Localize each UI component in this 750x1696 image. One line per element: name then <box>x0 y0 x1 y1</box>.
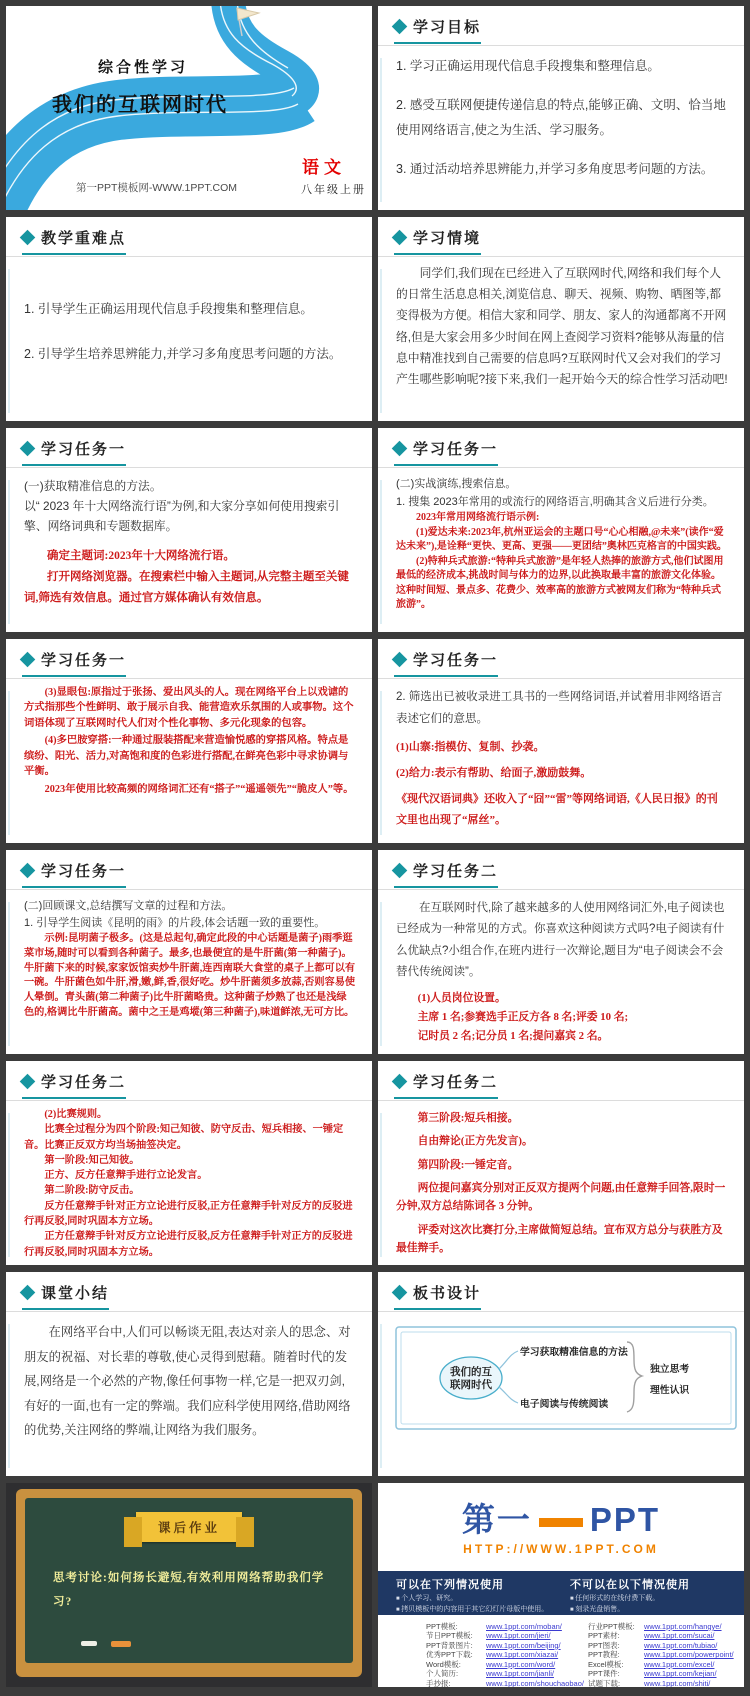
paragraph: 1. 学习正确运用现代信息手段搜集和整理信息。 <box>396 54 728 80</box>
slide-header: 教学重难点 <box>6 217 372 255</box>
link-url[interactable]: www.1ppt.com/shiti/ <box>644 1679 710 1687</box>
slide-cover: 综合性学习 我们的互联网时代 语文 八年级上册 第一PPT模板网-WWW.1PP… <box>6 6 372 210</box>
link-label: Excel模板: <box>588 1660 644 1669</box>
paragraph: 2. 筛选出已被收录进工具书的一些网络词语,并试着用非网络语言表述它们的意思。 <box>396 687 728 731</box>
paragraph: (二)回顾课文,总结撰写文章的过程和方法。 <box>24 898 356 915</box>
allowed-item: 拷贝模板中的内容用于其它幻灯片母版中使用。 <box>396 1605 560 1616</box>
paragraph: 1. 引导学生阅读《昆明的雨》的片段,体会话题一致的重要性。 <box>24 915 356 932</box>
answer-paragraph: (2)特种兵式旅游:“特种兵式旅游”是年轻人热捧的旅游方式,他们试图用最低的经济… <box>396 555 728 613</box>
result-label: 独立思考 <box>649 1362 689 1375</box>
blackboard: 课后作业 思考讨论:如何扬长避短,有效利用网络帮助我们学习? <box>25 1498 353 1663</box>
slide-header-title: 教学重难点 <box>41 227 126 248</box>
link-label: 试题下载: <box>588 1679 644 1687</box>
diamond-icon <box>392 1074 408 1090</box>
usage-terms-band: 可以在下列情况使用 个人学习、研究。 拷贝模板中的内容用于其它幻灯片母版中使用。… <box>378 1571 744 1615</box>
chalk-icon <box>111 1641 131 1647</box>
paragraph: 1. 搜集 2023年常用的或流行的网络语言,明确其含义后进行分类。 <box>396 494 728 512</box>
branch-label: 学习获取精准信息的方法 <box>520 1345 628 1358</box>
slide-learning-context: 学习情境 同学们,我们现在已经进入了互联网时代,网络和我们每个人的日常生活息息相… <box>378 217 744 421</box>
answer-paragraph: 主席 1 名;参赛选手正反方各 8 名;评委 10 名; <box>396 1008 728 1027</box>
result-label: 理性认识 <box>650 1383 689 1396</box>
diamond-icon <box>20 1285 36 1301</box>
slide-header-title: 课堂小结 <box>41 1282 109 1303</box>
answer-paragraph: 第二阶段:防守反击。 <box>24 1183 356 1198</box>
slide-header: 学习任务二 <box>378 1061 744 1099</box>
slide-header-title: 学习任务一 <box>413 438 498 459</box>
diamond-icon <box>20 652 36 668</box>
paragraph: 2. 引导学生培养思辨能力,并学习多角度思考问题的方法。 <box>24 342 356 367</box>
slide-task2-debate-setup: 学习任务二 在互联网时代,除了越来越多的人使用网络词汇外,电子阅读也已经成为一种… <box>378 850 744 1054</box>
answer-paragraph: 2023年常用网络流行语示例: <box>396 511 728 526</box>
slide-class-summary: 课堂小结 在网络平台中,人们可以畅谈无阻,表达对亲人的思念、对朋友的祝福、对长辈… <box>6 1272 372 1476</box>
allowed-uses: 可以在下列情况使用 个人学习、研究。 拷贝模板中的内容用于其它幻灯片母版中使用。 <box>396 1576 570 1615</box>
paragraph: 在互联网时代,除了越来越多的人使用网络词汇外,电子阅读也已经成为一种常见的方式。… <box>396 898 728 983</box>
diamond-icon <box>20 863 36 879</box>
slide-header-title: 学习情境 <box>413 227 481 248</box>
link-label: 个人简历: <box>426 1669 486 1678</box>
cover-grade: 八年级上册 <box>301 181 366 197</box>
allowed-item: 个人学习、研究。 <box>396 1594 560 1605</box>
answer-paragraph: (4)多巴胺穿搭:一种通过服装搭配来营造愉悦感的穿搭风格。特点是缤纷、阳光、活力… <box>24 733 356 779</box>
answer-paragraph: 打开网络浏览器。在搜索栏中输入主题词,从完整主题至关键词,筛选有效信息。通过官方… <box>24 567 356 608</box>
slide-header-title: 学习任务二 <box>413 860 498 881</box>
brand-url[interactable]: HTTP://WWW.1PPT.COM <box>378 1542 744 1556</box>
slide-header: 课堂小结 <box>6 1272 372 1310</box>
link-label: Word模板: <box>426 1660 486 1669</box>
slide-header-title: 学习任务二 <box>413 1071 498 1092</box>
slide-board-design: 板书设计 我们的互 联网时代 学习获取精准信息的方法 电子阅读与传统阅读 独立思… <box>378 1272 744 1476</box>
slide-header: 学习任务一 <box>378 428 744 466</box>
slide-header-title: 学习任务二 <box>41 1071 126 1092</box>
site-links: PPT模板:www.1ppt.com/moban/ 节日PPT模板:www.1p… <box>378 1619 744 1687</box>
diamond-icon <box>392 19 408 35</box>
slide-header-title: 学习目标 <box>413 16 481 37</box>
answer-paragraph: 记时员 2 名;记分员 1 名;提问嘉宾 2 名。 <box>396 1027 728 1046</box>
link-url[interactable]: www.1ppt.com/jianli/ <box>486 1669 554 1678</box>
answer-paragraph: (2)比赛规则。 <box>24 1107 356 1122</box>
answer-paragraph: 反方任意辩手针对正方立论进行反驳,正方任意辩手针对反方的反驳进行再反驳,同时巩固… <box>24 1199 356 1230</box>
homework-banner: 课后作业 <box>136 1512 242 1542</box>
diamond-icon <box>20 230 36 246</box>
slide-homework: 课后作业 思考讨论:如何扬长避短,有效利用网络帮助我们学习? <box>6 1483 372 1687</box>
slide-header: 学习任务一 <box>6 428 372 466</box>
paragraph: 1. 引导学生正确运用现代信息手段搜集和整理信息。 <box>24 297 356 322</box>
link-label: PPT教程: <box>588 1650 644 1659</box>
slide-header-title: 学习任务一 <box>41 438 126 459</box>
slide-task1-kunming-rain: 学习任务一 (二)回顾课文,总结撰写文章的过程和方法。 1. 引导学生阅读《昆明… <box>6 850 372 1054</box>
diamond-icon <box>392 230 408 246</box>
answer-paragraph: 确定主题词:2023年十大网络流行语。 <box>24 546 356 567</box>
slide-header-title: 学习任务一 <box>41 649 126 670</box>
slide-teaching-keypoints: 教学重难点 1. 引导学生正确运用现代信息手段搜集和整理信息。 2. 引导学生培… <box>6 217 372 421</box>
link-url[interactable]: www.1ppt.com/excel/ <box>644 1660 714 1669</box>
slide-brand-credits: 第一 PPT HTTP://WWW.1PPT.COM 可以在下列情况使用 个人学… <box>378 1483 744 1687</box>
slide-header: 学习任务一 <box>6 850 372 888</box>
bubble-text: 联网时代 <box>450 1378 492 1391</box>
forbidden-uses: 不可以在以下情况使用 任何形式的在线付费下载。 刻录光盘销售。 <box>570 1576 744 1615</box>
answer-paragraph: (1)人员岗位设置。 <box>396 989 728 1008</box>
branch-label: 电子阅读与传统阅读 <box>520 1397 608 1410</box>
link-label: 优秀PPT下载: <box>426 1650 486 1659</box>
link-label: PPT素材: <box>588 1631 644 1640</box>
slide-header: 学习情境 <box>378 217 744 255</box>
slide-task1-examples: 学习任务一 (3)显眼包:原指过于张扬、爱出风头的人。现在网络平台上以戏谑的方式… <box>6 639 372 843</box>
brace <box>627 1342 642 1412</box>
cover-subtitle: 综合性学习 <box>98 56 188 77</box>
answer-paragraph: 评委对这次比赛打分,主席做简短总结。宣布双方总分与获胜方及最佳辩手。 <box>396 1221 728 1258</box>
diamond-icon <box>20 441 36 457</box>
link-url[interactable]: www.1ppt.com/tubiao/ <box>644 1641 717 1650</box>
answer-paragraph: 比赛全过程分为四个阶段:知己知彼、防守反击、短兵相接、一锤定音。比赛正反双方均当… <box>24 1122 356 1153</box>
link-label: PPT课件: <box>588 1669 644 1678</box>
paragraph: 在网络平台中,人们可以畅谈无阻,表达对亲人的思念、对朋友的祝福、对长辈的尊敬,使… <box>24 1320 356 1443</box>
link-url[interactable]: www.1ppt.com/hangye/ <box>644 1622 722 1631</box>
answer-paragraph: (1)爱达未来:2023年,杭州亚运会的主题口号“心心相融,@未来”(读作“爱达… <box>396 526 728 555</box>
answer-paragraph: 自由辩论(正方先发言)。 <box>396 1132 728 1150</box>
mind-map-diagram: 我们的互 联网时代 学习获取精准信息的方法 电子阅读与传统阅读 独立思考 理性认… <box>378 1272 744 1476</box>
logo-text-cn: 第一 <box>462 1503 532 1536</box>
link-url[interactable]: www.1ppt.com/kejian/ <box>644 1669 717 1678</box>
slide-task1-practice: 学习任务一 (二)实战演练,搜索信息。 1. 搜集 2023年常用的或流行的网络… <box>378 428 744 632</box>
link-url[interactable]: www.1ppt.com/shouchaobao/ <box>486 1679 584 1687</box>
answer-paragraph: 2023年使用比较高频的网络词汇还有“搭子”“遥遥领先”“脆皮人”等。 <box>24 782 356 797</box>
diamond-icon <box>20 1074 36 1090</box>
answer-paragraph: 两位提问嘉宾分别对正反双方提两个问题,由任意辩手回答,限时一分钟,双方总结陈词各… <box>396 1179 728 1216</box>
bubble-text: 我们的互 <box>450 1365 492 1378</box>
slide-task2-debate-rules: 学习任务二 (2)比赛规则。 比赛全过程分为四个阶段:知己知彼、防守反击、短兵相… <box>6 1061 372 1265</box>
slide-preview-grid: 综合性学习 我们的互联网时代 语文 八年级上册 第一PPT模板网-WWW.1PP… <box>0 0 750 1693</box>
link-label: PPT图表: <box>588 1641 644 1650</box>
answer-paragraph: 《现代汉语词典》还收入了“囧”“雷”等网络词语,《人民日报》的刊文里也出现了“屌… <box>396 789 728 830</box>
paragraph: (一)获取精准信息的方法。 <box>24 476 356 496</box>
answer-paragraph: 第三阶段:短兵相接。 <box>396 1109 728 1127</box>
slide-header: 学习任务一 <box>378 639 744 677</box>
logo-dash-icon <box>539 1518 583 1527</box>
link-url[interactable]: www.1ppt.com/xiazai/ <box>486 1650 558 1659</box>
link-url[interactable]: www.1ppt.com/jieri/ <box>486 1631 551 1640</box>
slide-task1-methods: 学习任务一 (一)获取精准信息的方法。 以“ 2023 年十大网络流行语”为例,… <box>6 428 372 632</box>
link-url[interactable]: www.1ppt.com/sucai/ <box>644 1631 714 1640</box>
diamond-icon <box>392 441 408 457</box>
slide-header: 学习目标 <box>378 6 744 44</box>
link-url[interactable]: www.1ppt.com/moban/ <box>486 1622 562 1631</box>
logo-text-en: PPT <box>590 1503 660 1536</box>
slide-task1-dictionary-words: 学习任务一 2. 筛选出已被收录进工具书的一些网络词语,并试着用非网络语言表述它… <box>378 639 744 843</box>
cover-title: 我们的互联网时代 <box>52 88 228 117</box>
forbidden-item: 任何形式的在线付费下载。 <box>570 1594 734 1605</box>
homework-text: 思考讨论:如何扬长避短,有效利用网络帮助我们学习? <box>53 1566 327 1614</box>
link-label: PPT背景图片: <box>426 1641 486 1650</box>
link-url[interactable]: www.1ppt.com/word/ <box>486 1660 555 1669</box>
answer-paragraph: (3)显眼包:原指过于张扬、爱出风头的人。现在网络平台上以戏谑的方式指那些个性鲜… <box>24 685 356 731</box>
slide-header-title: 学习任务一 <box>41 860 126 881</box>
answer-paragraph: 正方任意辩手针对反方立论进行反驳,反方任意辩手针对正方的反驳进行再反驳,同时巩固… <box>24 1229 356 1260</box>
slide-header: 学习任务二 <box>378 850 744 888</box>
1ppt-logo: 第一 PPT <box>378 1503 744 1536</box>
link-url[interactable]: www.1ppt.com/powerpoint/ <box>644 1650 734 1659</box>
answer-paragraph: 正方、反方任意辩手进行立论发言。 <box>24 1168 356 1183</box>
slide-header-title: 学习任务一 <box>413 649 498 670</box>
forbidden-item: 刻录光盘销售。 <box>570 1605 734 1616</box>
allowed-uses-title: 可以在下列情况使用 <box>396 1576 560 1592</box>
link-label: 手抄报: <box>426 1679 486 1687</box>
answer-paragraph: (2)给力:表示有帮助、给面子,激励鼓舞。 <box>396 763 728 783</box>
slide-task2-debate-stages: 学习任务二 第三阶段:短兵相接。 自由辩论(正方先发言)。 第四阶段:一锤定音。… <box>378 1061 744 1265</box>
paragraph: 同学们,我们现在已经进入了互联网时代,网络和我们每个人的日常生活息息相关,浏览信… <box>396 263 728 390</box>
paragraph: 以“ 2023 年十大网络流行语”为例,和大家分享如何使用搜索引擎、网络词典和专… <box>24 496 356 536</box>
blackboard-frame: 课后作业 思考讨论:如何扬长避短,有效利用网络帮助我们学习? <box>16 1489 362 1677</box>
answer-paragraph: (1)山寨:指模仿、复制、抄袭。 <box>396 737 728 757</box>
diamond-icon <box>392 652 408 668</box>
slide-header: 学习任务二 <box>6 1061 372 1099</box>
answer-paragraph: 第一阶段:知己知彼。 <box>24 1153 356 1168</box>
answer-paragraph: 示例:昆明菌子极多。(这是总起句,确定此段的中心话题是菌子)雨季逛菜市场,随时可… <box>24 932 356 1021</box>
cover-subject: 语文 <box>302 153 346 178</box>
paragraph: 2. 感受互联网便捷传递信息的特点,能够正确、文明、恰当地使用网络语言,使之为生… <box>396 93 728 144</box>
paragraph: (二)实战演练,搜索信息。 <box>396 476 728 494</box>
slide-header: 学习任务一 <box>6 639 372 677</box>
answer-paragraph: 第四阶段:一锤定音。 <box>396 1156 728 1174</box>
paragraph: 3. 通过活动培养思辨能力,并学习多角度思考问题的方法。 <box>396 157 728 183</box>
slide-learning-goals: 学习目标 1. 学习正确运用现代信息手段搜集和整理信息。 2. 感受互联网便捷传… <box>378 6 744 210</box>
forbidden-uses-title: 不可以在以下情况使用 <box>570 1576 734 1592</box>
link-url[interactable]: www.1ppt.com/beijing/ <box>486 1641 561 1650</box>
chalk-icon <box>81 1641 97 1646</box>
topic-bubble <box>440 1357 502 1399</box>
link-label: 节日PPT模板: <box>426 1631 486 1640</box>
diamond-icon <box>392 863 408 879</box>
cover-watermark: 第一PPT模板网-WWW.1PPT.COM <box>76 180 237 195</box>
